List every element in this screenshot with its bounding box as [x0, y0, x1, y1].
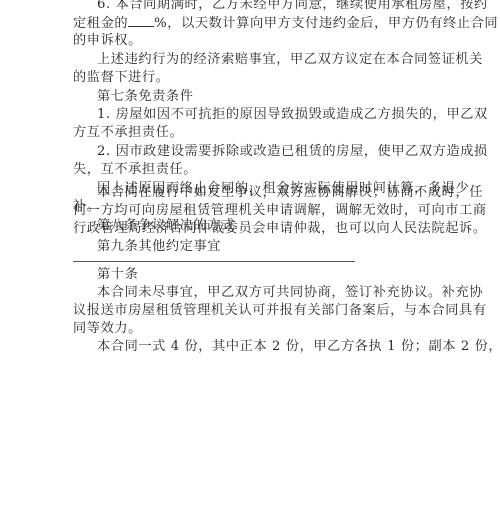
paragraph-line: 行政管理局经济合同仲裁委员会申请仲裁，也可以向人民法院起诉。 [73, 220, 418, 237]
document-page: 6. 本合同期满时，乙方未经甲方同意，继续使用承租房屋，按约 定租金的%，以天数… [0, 0, 500, 517]
section-heading: 第十条 [97, 266, 442, 283]
paragraph-line: 失，互不承担责任。 [73, 161, 418, 178]
paragraph-line: 本合同一式 4 份，其中正本 2 份，甲乙方各执 1 份；副本 2 份， [97, 338, 442, 355]
paragraph-line: 的监督下进行。 [73, 69, 418, 86]
paragraph-line: 何一方均可向房屋租赁管理机关申请调解，调解无效时，可向市工商 [73, 202, 418, 219]
paragraph-line: 议报送市房屋租赁管理机关认可并报有关部门备案后，与本合同具有 [73, 302, 418, 319]
paragraph-line: 同等效力。 [73, 320, 418, 337]
paragraph-line: 本合同在履行中如发生争议，双方应协商解决；协商不成时，任 [97, 184, 442, 201]
paragraph-line: 2. 因市政建设需要拆除或改造已租赁的房屋，使甲乙双方造成损 [97, 143, 442, 160]
section-heading: 第九条其他约定事宜 [97, 238, 442, 255]
horizontal-rule [73, 261, 355, 262]
clause-6-line: 定租金的%，以天数计算向甲方支付违约金后，甲方仍有终止合同 [73, 14, 418, 32]
text: %，以天数计算向甲方支付违约金后，甲方仍有终止合同 [154, 16, 498, 31]
percent-blank [128, 14, 154, 27]
clause-6-line: 6. 本合同期满时，乙方未经甲方同意，继续使用承租房屋，按约 [97, 0, 442, 13]
paragraph-line: 1. 房屋如因不可抗拒的原因导致损毁或造成乙方损失的，甲乙双 [97, 106, 442, 123]
paragraph-line: 本合同未尽事宜，甲乙双方可共同协商，签订补充协议。补充协 [97, 284, 442, 301]
clause-6-line: 的申诉权。 [73, 32, 418, 49]
paragraph-line: 方互不承担责任。 [73, 124, 418, 141]
section-heading: 第七条免责条件 [97, 88, 442, 105]
paragraph-line: 上述违约行为的经济索赔事宜，甲乙双方议定在本合同签证机关 [97, 51, 442, 68]
text: 定租金的 [73, 16, 128, 31]
